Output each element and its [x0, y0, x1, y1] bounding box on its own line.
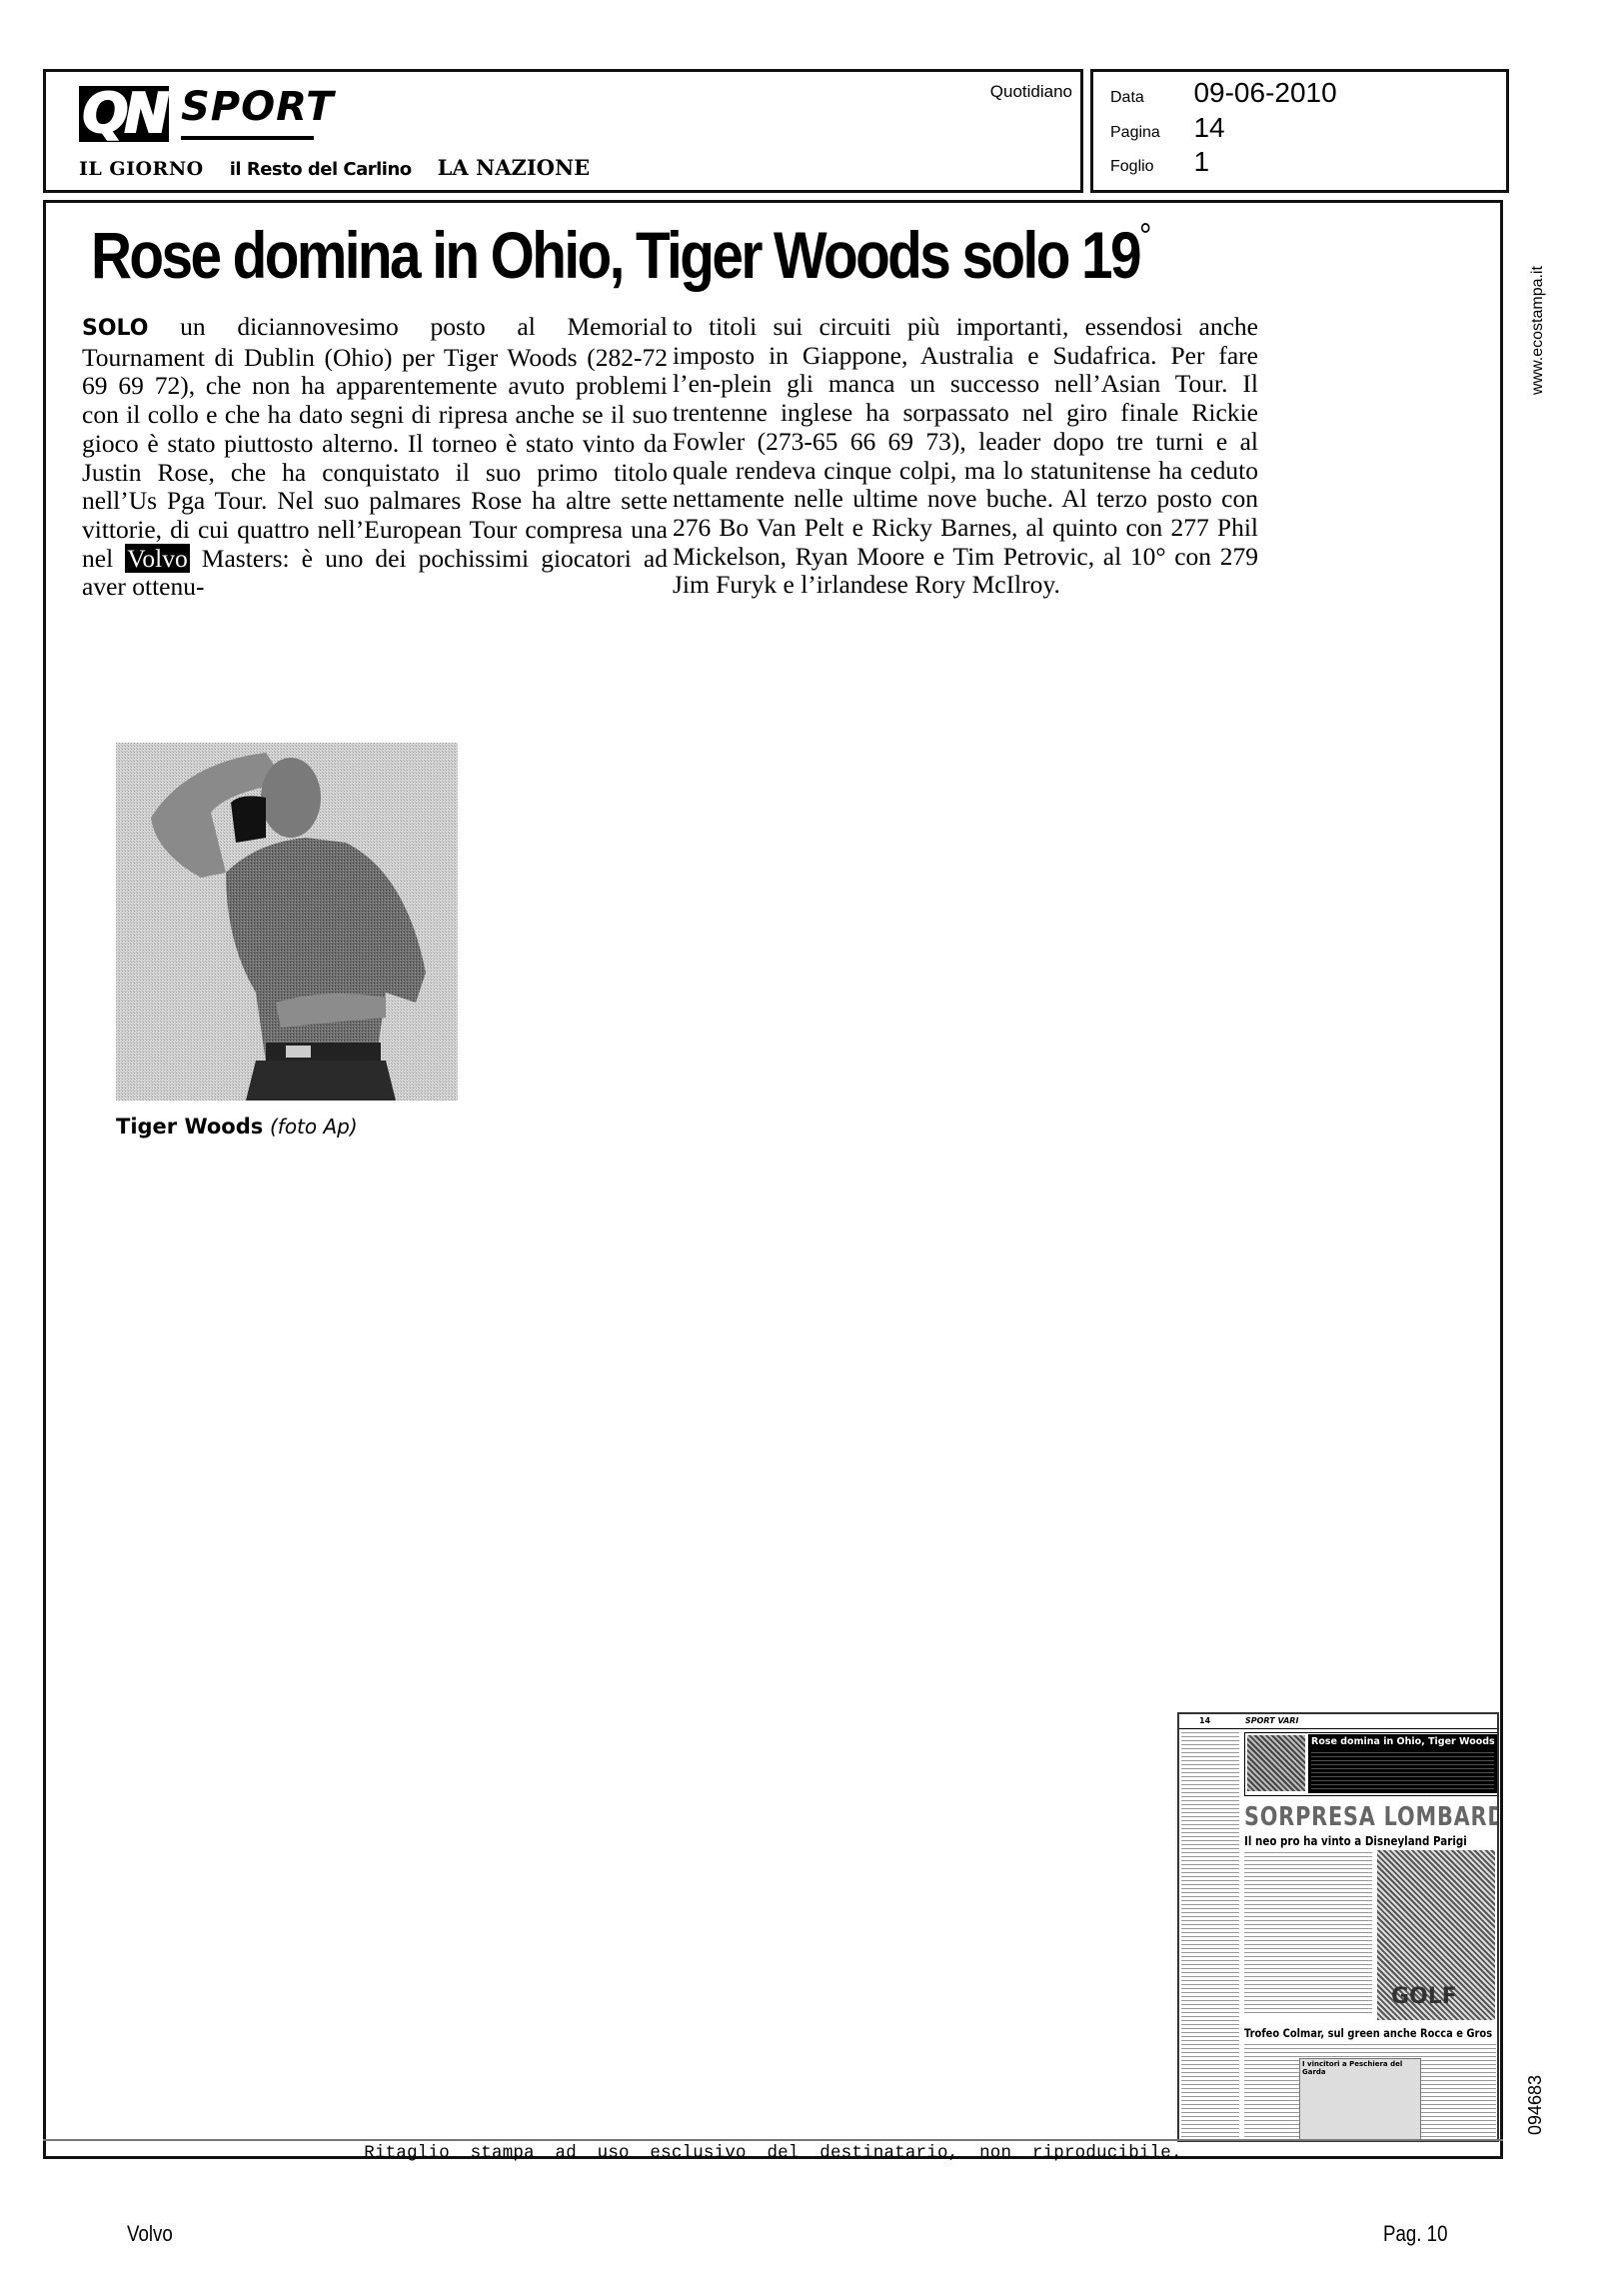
footer-client: Volvo [127, 2221, 173, 2247]
page-label: Pagina [1110, 124, 1189, 142]
footer-page-number: Pag. 10 [1383, 2221, 1447, 2247]
disclaimer-text: Ritaglio stampa ad uso esclusivo del des… [43, 2143, 1503, 2163]
paper-la-nazione: LA NAZIONE [438, 155, 591, 180]
article-column-1: SOLO un diciannovesimo posto al Memorial… [82, 313, 668, 602]
page-value: 14 [1193, 112, 1224, 144]
side-url: www.ecostampa.it [1529, 266, 1547, 395]
thumbnail-subhead: Il neo pro ha vinto a Disneyland Parigi [1244, 1834, 1467, 1848]
page-thumbnail: 14 SPORT VARI Rose domina in Ohio, Tiger… [1177, 1712, 1499, 2142]
paper-resto-del-carlino: il Resto del Carlino [230, 159, 412, 180]
disclaimer-divider [43, 2139, 1503, 2141]
paper-il-giorno: IL GIORNO [79, 158, 204, 180]
sheet-label: Foglio [1110, 158, 1189, 176]
side-document-code: 094683 [1525, 2075, 1546, 2135]
masthead: QN SPORT IL GIORNO il Resto del Carlino … [43, 69, 1083, 193]
thumbnail-top-story: Rose domina in Ohio, Tiger Woods solo 19… [1244, 1732, 1499, 1796]
photo-caption: Tiger Woods (foto Ap) [116, 1115, 358, 1138]
highlighted-keyword: Volvo [125, 544, 189, 573]
thumbnail-second-headline: Trofeo Colmar, sul green anche Rocca e G… [1244, 2026, 1492, 2040]
qn-logo: QN [79, 86, 169, 142]
sport-logo: SPORT [181, 84, 334, 130]
date-row: Data 09-06-2010 [1110, 77, 1337, 109]
tiger-woods-photo [116, 743, 458, 1101]
lead-word: SOLO [82, 316, 148, 341]
degree-symbol: ° [1139, 215, 1149, 256]
article-headline: Rose domina in Ohio, Tiger Woods solo 19… [91, 217, 1149, 293]
sheet-row: Foglio 1 [1110, 146, 1209, 178]
sport-logo-underline [181, 136, 314, 140]
thumbnail-main-headline: SORPRESA LOMBARDI [1244, 1802, 1499, 1832]
article-clipping: Rose domina in Ohio, Tiger Woods solo 19… [43, 200, 1503, 2159]
thumbnail-left-column [1181, 1732, 1239, 2140]
thumbnail-inset-box: I vincitori a Peschiera del Garda [1299, 2058, 1421, 2140]
sheet-value: 1 [1193, 146, 1209, 178]
article-column-2: to titoli sui circuiti più importanti, e… [673, 313, 1258, 600]
date-value: 09-06-2010 [1193, 77, 1336, 109]
newspaper-names: IL GIORNO il Resto del Carlino LA NAZION… [79, 155, 612, 180]
page-row: Pagina 14 [1110, 112, 1225, 144]
publication-type: Quotidiano [990, 82, 1072, 102]
thumbnail-page-header: 14 SPORT VARI [1179, 1714, 1497, 1729]
date-label: Data [1110, 89, 1189, 107]
metadata-box: Data 09-06-2010 Pagina 14 Foglio 1 [1090, 69, 1509, 193]
